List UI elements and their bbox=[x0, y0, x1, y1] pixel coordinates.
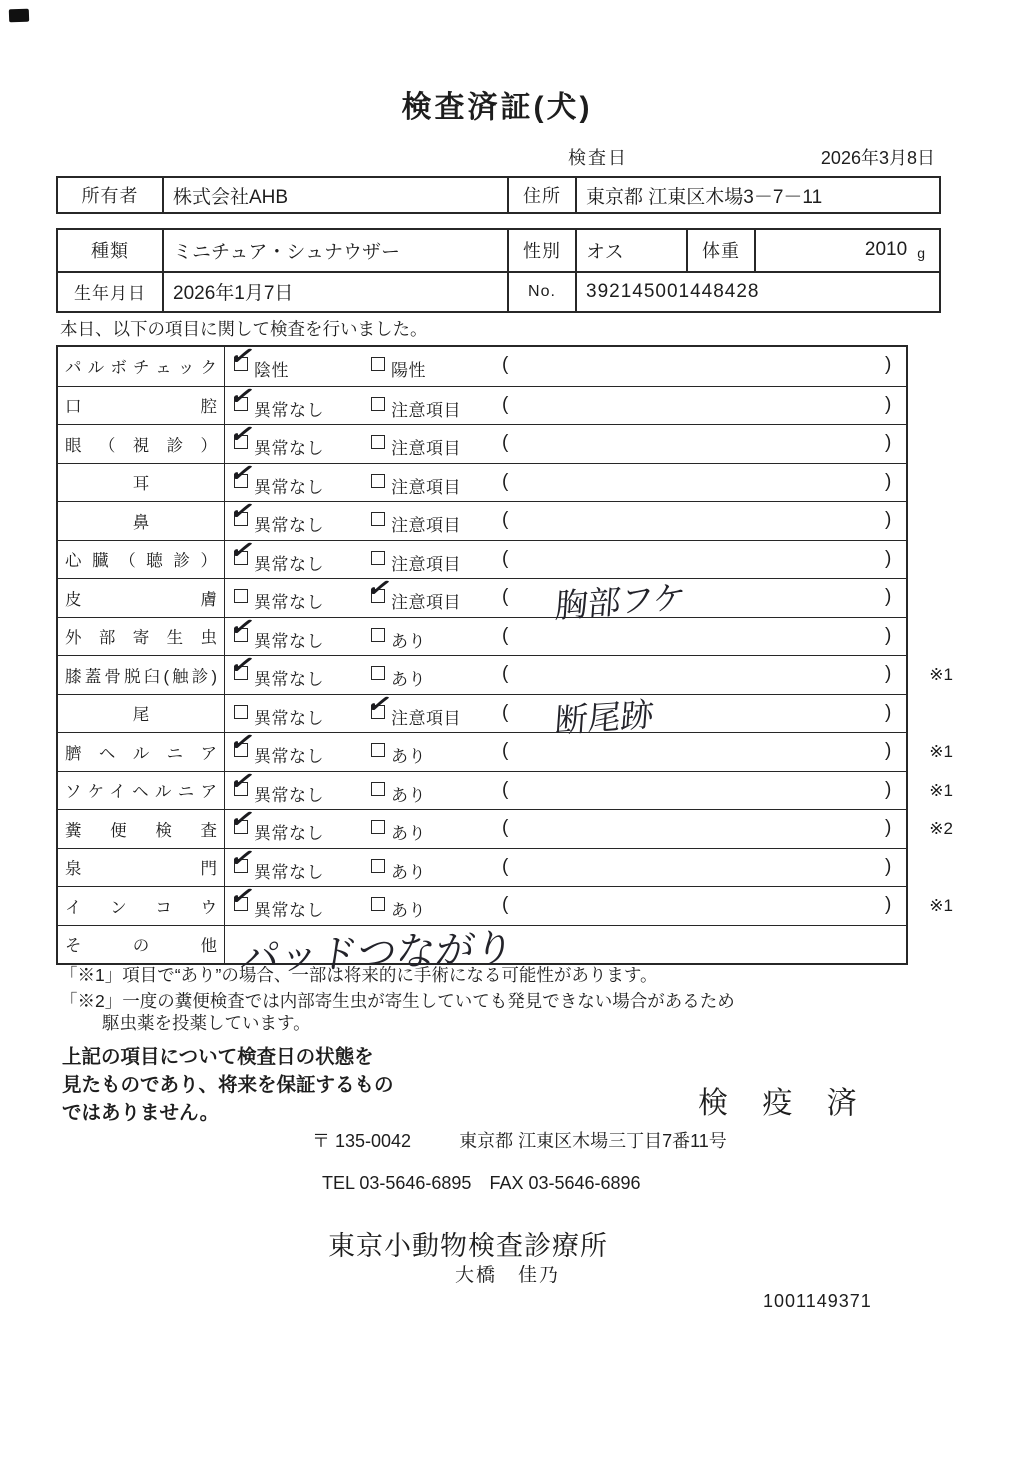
paren-close: ) bbox=[885, 509, 891, 531]
checklist-row: 糞便検査✓異常なし✓あり()※2 bbox=[58, 809, 906, 848]
exam-item-label-cell: ソケイヘルニア bbox=[58, 772, 225, 810]
check-mark-icon: ✓ bbox=[227, 651, 257, 681]
exam-item-label: 糞便検査 bbox=[65, 817, 217, 841]
paren-open: ( bbox=[502, 740, 508, 762]
clinic-tel: TEL 03-5646-6895 bbox=[322, 1173, 471, 1193]
exam-item-label-cell: 尾 bbox=[58, 695, 225, 733]
empty-checkbox: ✓ bbox=[371, 512, 385, 526]
pet-table: 種類 ミニチュア・シュナウザー 性別 オス 体重 2010 g 生年月日 202… bbox=[56, 228, 941, 313]
empty-checkbox: ✓ bbox=[371, 551, 385, 565]
examiner-name: 大橋 佳乃 bbox=[455, 1260, 560, 1287]
number-value: 392145001448428 bbox=[575, 273, 939, 312]
empty-checkbox: ✓ bbox=[371, 782, 385, 796]
exam-item-label: 皮膚 bbox=[65, 586, 217, 610]
weight-unit: g bbox=[917, 245, 925, 261]
paren-open: ( bbox=[502, 586, 508, 608]
breed-label: 種類 bbox=[58, 230, 162, 271]
option-label: 陰性 bbox=[254, 356, 289, 381]
postal-code: 〒 135-0042 bbox=[312, 1131, 411, 1151]
option-label: 注意項目 bbox=[391, 704, 461, 729]
checked-checkbox: ✓ bbox=[234, 397, 248, 411]
empty-checkbox: ✓ bbox=[371, 743, 385, 757]
exam-item-label: 耳 bbox=[65, 470, 217, 494]
checked-checkbox: ✓ bbox=[234, 357, 248, 371]
exam-result-cell: ✓異常なし✓あり() bbox=[225, 849, 906, 887]
option-label: 異常なし bbox=[254, 473, 324, 498]
paren-open: ( bbox=[502, 702, 508, 724]
option-label: 注意項目 bbox=[391, 434, 461, 459]
option-label: 注意項目 bbox=[391, 396, 461, 421]
breed-row: 種類 ミニチュア・シュナウザー 性別 オス 体重 2010 g bbox=[58, 230, 939, 271]
paren-open: ( bbox=[502, 663, 508, 685]
checked-checkbox: ✓ bbox=[234, 435, 248, 449]
footnote-2-continued: 駆虫薬を投薬しています。 bbox=[102, 1010, 311, 1035]
checklist-row: 鼻✓異常なし✓注意項目() bbox=[58, 501, 906, 540]
option-label: 異常なし bbox=[254, 742, 324, 767]
empty-checkbox: ✓ bbox=[371, 820, 385, 834]
exam-result-cell: ✓異常なし✓注意項目()断尾跡 bbox=[225, 695, 906, 733]
handwritten-note: パッドつながり bbox=[237, 917, 518, 983]
inspection-certificate-scan: 検査済証(犬) 検査日 2026年3月8日 所有者 株式会社AHB 住所 東京都… bbox=[0, 0, 1010, 1471]
empty-checkbox: ✓ bbox=[371, 897, 385, 911]
option-label: 異常なし bbox=[254, 781, 324, 806]
checklist-table: パルボチェック✓陰性✓陽性()口腔✓異常なし✓注意項目()眼（視診）✓異常なし✓… bbox=[56, 345, 908, 965]
paren-close: ) bbox=[885, 856, 891, 878]
option-label: 注意項目 bbox=[391, 511, 461, 536]
checklist-row: パルボチェック✓陰性✓陽性() bbox=[58, 347, 906, 386]
checked-checkbox: ✓ bbox=[234, 897, 248, 911]
exam-item-label: 心臓（聴診） bbox=[65, 547, 217, 571]
checked-checkbox: ✓ bbox=[234, 743, 248, 757]
checked-checkbox: ✓ bbox=[234, 859, 248, 873]
exam-item-label-cell: 外部寄生虫 bbox=[58, 618, 225, 656]
check-mark-icon: ✓ bbox=[227, 805, 257, 835]
paren-open: ( bbox=[502, 625, 508, 647]
disclaimer-text: 上記の項目について検査日の状態を 見たものであり、将来を保証するもの ではありま… bbox=[62, 1043, 394, 1127]
exam-item-label: 膝蓋骨脱臼(触診) bbox=[65, 663, 217, 687]
option-label: 陽性 bbox=[391, 356, 426, 381]
checklist-row: ソケイヘルニア✓異常なし✓あり()※1 bbox=[58, 771, 906, 810]
footnote-ref: ※1 bbox=[929, 896, 953, 916]
exam-item-label-cell: インコウ bbox=[58, 887, 225, 925]
number-label: No. bbox=[507, 273, 575, 312]
checklist-row: 外部寄生虫✓異常なし✓あり() bbox=[58, 617, 906, 656]
checked-checkbox: ✓ bbox=[234, 820, 248, 834]
owner-row: 所有者 株式会社AHB 住所 東京都 江東区木場3－7－11 bbox=[58, 178, 939, 212]
paren-close: ) bbox=[885, 779, 891, 801]
option-label: あり bbox=[391, 781, 426, 806]
document-number: 1001149371 bbox=[763, 1291, 872, 1312]
option-label: 異常なし bbox=[254, 704, 324, 729]
exam-item-label-cell: パルボチェック bbox=[58, 347, 225, 386]
check-mark-icon: ✓ bbox=[227, 728, 257, 758]
paren-close: ) bbox=[885, 354, 891, 376]
paren-open: ( bbox=[502, 509, 508, 531]
checked-checkbox: ✓ bbox=[234, 512, 248, 526]
option-label: 異常なし bbox=[254, 511, 324, 536]
weight-cell: 2010 g bbox=[754, 230, 939, 271]
check-mark-icon: ✓ bbox=[227, 458, 257, 488]
paren-open: ( bbox=[502, 856, 508, 878]
option-label: 注意項目 bbox=[391, 550, 461, 575]
checklist-row: 膝蓋骨脱臼(触診)✓異常なし✓あり()※1 bbox=[58, 655, 906, 694]
owner-table: 所有者 株式会社AHB 住所 東京都 江東区木場3－7－11 bbox=[56, 176, 941, 214]
checklist-row: 皮膚✓異常なし✓注意項目()胸部フケ bbox=[58, 578, 906, 617]
paren-close: ) bbox=[885, 702, 891, 724]
sex-value: オス bbox=[575, 230, 686, 271]
exam-item-label: 泉門 bbox=[65, 855, 217, 879]
checklist-row: 臍ヘルニア✓異常なし✓あり()※1 bbox=[58, 732, 906, 771]
check-mark-icon: ✓ bbox=[227, 342, 257, 372]
handwritten-note: 胸部フケ bbox=[554, 571, 688, 627]
disclaimer-line-3: ではありません。 bbox=[62, 1099, 394, 1127]
check-mark-icon: ✓ bbox=[227, 766, 257, 796]
check-mark-icon: ✓ bbox=[364, 574, 394, 604]
exam-result-cell: ✓異常なし✓あり() bbox=[225, 656, 906, 694]
check-mark-icon: ✓ bbox=[227, 612, 257, 642]
option-label: 異常なし bbox=[254, 588, 324, 613]
exam-result-cell: ✓異常なし✓あり() bbox=[225, 772, 906, 810]
exam-item-label: 眼（視診） bbox=[65, 432, 217, 456]
paren-close: ) bbox=[885, 394, 891, 416]
paren-open: ( bbox=[502, 471, 508, 493]
checked-checkbox: ✓ bbox=[234, 551, 248, 565]
exam-item-label-cell: 心臓（聴診） bbox=[58, 541, 225, 579]
check-mark-icon: ✓ bbox=[227, 497, 257, 527]
option-label: あり bbox=[391, 819, 426, 844]
exam-result-cell: ✓異常なし✓注意項目()胸部フケ bbox=[225, 579, 906, 617]
checklist-row: 尾✓異常なし✓注意項目()断尾跡 bbox=[58, 694, 906, 733]
intro-sentence: 本日、以下の項目に関して検査を行いました。 bbox=[60, 316, 428, 341]
option-label: あり bbox=[391, 858, 426, 883]
exam-item-label: パルボチェック bbox=[65, 354, 217, 378]
weight-value: 2010 bbox=[865, 239, 907, 261]
disclaimer-line-1: 上記の項目について検査日の状態を bbox=[62, 1043, 394, 1071]
empty-checkbox: ✓ bbox=[371, 666, 385, 680]
birth-row: 生年月日 2026年1月7日 No. 392145001448428 bbox=[58, 271, 939, 312]
empty-checkbox: ✓ bbox=[371, 397, 385, 411]
option-label: 異常なし bbox=[254, 550, 324, 575]
document-title: 検査済証(犬) bbox=[0, 82, 1002, 126]
checked-checkbox: ✓ bbox=[371, 589, 385, 603]
exam-result-cell: ✓異常なし✓注意項目() bbox=[225, 425, 906, 463]
checked-checkbox: ✓ bbox=[234, 628, 248, 642]
exam-result-cell: ✓異常なし✓あり() bbox=[225, 810, 906, 848]
check-mark-icon: ✓ bbox=[227, 843, 257, 873]
option-label: 異常なし bbox=[254, 819, 324, 844]
inspection-date-label: 検査日 bbox=[568, 144, 628, 170]
breed-value: ミニチュア・シュナウザー bbox=[162, 230, 507, 271]
paren-close: ) bbox=[885, 471, 891, 493]
inspection-date-value: 2026年3月8日 bbox=[795, 144, 935, 170]
option-label: あり bbox=[391, 665, 426, 690]
paren-open: ( bbox=[502, 394, 508, 416]
exam-item-label-cell: その他 bbox=[58, 926, 225, 964]
exam-item-label: 鼻 bbox=[65, 509, 217, 533]
option-label: 注意項目 bbox=[391, 588, 461, 613]
scan-artifact-mark bbox=[9, 9, 29, 23]
check-mark-icon: ✓ bbox=[227, 420, 257, 450]
empty-checkbox: ✓ bbox=[371, 859, 385, 873]
exam-result-cell: ✓異常なし✓注意項目() bbox=[225, 387, 906, 425]
address-label: 住所 bbox=[507, 178, 575, 212]
check-mark-icon: ✓ bbox=[227, 381, 257, 411]
empty-checkbox: ✓ bbox=[371, 435, 385, 449]
exam-item-label: その他 bbox=[65, 932, 217, 956]
clinic-address-line: 〒 135-0042東京都 江東区木場三丁目7番11号 bbox=[312, 1127, 727, 1153]
paren-open: ( bbox=[502, 432, 508, 454]
footnote-ref: ※2 bbox=[929, 819, 953, 839]
paren-close: ) bbox=[885, 740, 891, 762]
empty-checkbox: ✓ bbox=[234, 589, 248, 603]
exam-result-cell: ✓異常なし✓注意項目() bbox=[225, 464, 906, 502]
checklist-row: 耳✓異常なし✓注意項目() bbox=[58, 463, 906, 502]
owner-label: 所有者 bbox=[58, 178, 162, 212]
paren-close: ) bbox=[885, 817, 891, 839]
check-mark-icon: ✓ bbox=[364, 689, 394, 719]
check-mark-icon: ✓ bbox=[227, 535, 257, 565]
quarantine-stamp: 検 疫 済 bbox=[698, 1078, 870, 1122]
option-label: あり bbox=[391, 896, 426, 921]
exam-result-cell: ✓陰性✓陽性() bbox=[225, 347, 906, 386]
weight-label: 体重 bbox=[686, 230, 754, 271]
option-label: あり bbox=[391, 627, 426, 652]
handwritten-note: 断尾跡 bbox=[553, 688, 655, 742]
paren-open: ( bbox=[502, 817, 508, 839]
option-label: 注意項目 bbox=[391, 473, 461, 498]
checklist-row: その他パッドつながり bbox=[58, 925, 906, 964]
empty-checkbox: ✓ bbox=[371, 474, 385, 488]
checklist-row: 泉門✓異常なし✓あり() bbox=[58, 848, 906, 887]
checked-checkbox: ✓ bbox=[234, 782, 248, 796]
exam-item-label: 口腔 bbox=[65, 393, 217, 417]
paren-close: ) bbox=[885, 586, 891, 608]
disclaimer-line-2: 見たものであり、将来を保証するもの bbox=[62, 1071, 394, 1099]
exam-result-cell: ✓異常なし✓注意項目() bbox=[225, 502, 906, 540]
exam-item-label-cell: 耳 bbox=[58, 464, 225, 502]
owner-value: 株式会社AHB bbox=[162, 178, 507, 212]
check-mark-icon: ✓ bbox=[227, 882, 257, 912]
clinic-name: 東京小動物検査診療所 bbox=[328, 1224, 608, 1263]
option-label: 異常なし bbox=[254, 434, 324, 459]
exam-item-label-cell: 口腔 bbox=[58, 387, 225, 425]
exam-item-label-cell: 膝蓋骨脱臼(触診) bbox=[58, 656, 225, 694]
checked-checkbox: ✓ bbox=[234, 666, 248, 680]
checklist-row: 眼（視診）✓異常なし✓注意項目() bbox=[58, 424, 906, 463]
exam-result-cell: パッドつながり bbox=[225, 926, 906, 964]
checked-checkbox: ✓ bbox=[234, 474, 248, 488]
exam-item-label: ソケイヘルニア bbox=[65, 778, 217, 802]
paren-close: ) bbox=[885, 894, 891, 916]
birthdate-value: 2026年1月7日 bbox=[162, 273, 507, 312]
checklist-row: 心臓（聴診）✓異常なし✓注意項目() bbox=[58, 540, 906, 579]
exam-item-label: インコウ bbox=[65, 894, 217, 918]
clinic-address: 東京都 江東区木場三丁目7番11号 bbox=[459, 1131, 727, 1151]
paren-open: ( bbox=[502, 894, 508, 916]
clinic-phone-line: TEL 03-5646-6895FAX 03-5646-6896 bbox=[322, 1173, 641, 1194]
exam-item-label: 尾 bbox=[65, 701, 217, 725]
exam-result-cell: ✓異常なし✓あり() bbox=[225, 887, 906, 925]
paren-close: ) bbox=[885, 663, 891, 685]
paren-close: ) bbox=[885, 432, 891, 454]
address-value: 東京都 江東区木場3－7－11 bbox=[575, 178, 939, 212]
paren-open: ( bbox=[502, 548, 508, 570]
clinic-fax: FAX 03-5646-6896 bbox=[489, 1173, 640, 1193]
exam-item-label-cell: 眼（視診） bbox=[58, 425, 225, 463]
exam-item-label-cell: 鼻 bbox=[58, 502, 225, 540]
checklist-row: 口腔✓異常なし✓注意項目() bbox=[58, 386, 906, 425]
footnote-ref: ※1 bbox=[929, 665, 953, 685]
paren-open: ( bbox=[502, 354, 508, 376]
empty-checkbox: ✓ bbox=[371, 357, 385, 371]
option-label: 異常なし bbox=[254, 396, 324, 421]
option-label: 異常なし bbox=[254, 665, 324, 690]
exam-result-cell: ✓異常なし✓注意項目() bbox=[225, 541, 906, 579]
paren-close: ) bbox=[885, 625, 891, 647]
paren-open: ( bbox=[502, 779, 508, 801]
exam-item-label-cell: 皮膚 bbox=[58, 579, 225, 617]
sex-label: 性別 bbox=[507, 230, 575, 271]
paren-close: ) bbox=[885, 548, 891, 570]
option-label: あり bbox=[391, 742, 426, 767]
footnote-ref: ※1 bbox=[929, 781, 953, 801]
exam-item-label-cell: 泉門 bbox=[58, 849, 225, 887]
exam-item-label: 外部寄生虫 bbox=[65, 624, 217, 648]
option-label: 異常なし bbox=[254, 858, 324, 883]
checked-checkbox: ✓ bbox=[371, 705, 385, 719]
option-label: 異常なし bbox=[254, 896, 324, 921]
exam-item-label-cell: 臍ヘルニア bbox=[58, 733, 225, 771]
birthdate-label: 生年月日 bbox=[58, 273, 162, 312]
exam-item-label-cell: 糞便検査 bbox=[58, 810, 225, 848]
exam-item-label: 臍ヘルニア bbox=[65, 740, 217, 764]
empty-checkbox: ✓ bbox=[371, 628, 385, 642]
option-label: 異常なし bbox=[254, 627, 324, 652]
empty-checkbox: ✓ bbox=[234, 705, 248, 719]
footnote-ref: ※1 bbox=[929, 742, 953, 762]
